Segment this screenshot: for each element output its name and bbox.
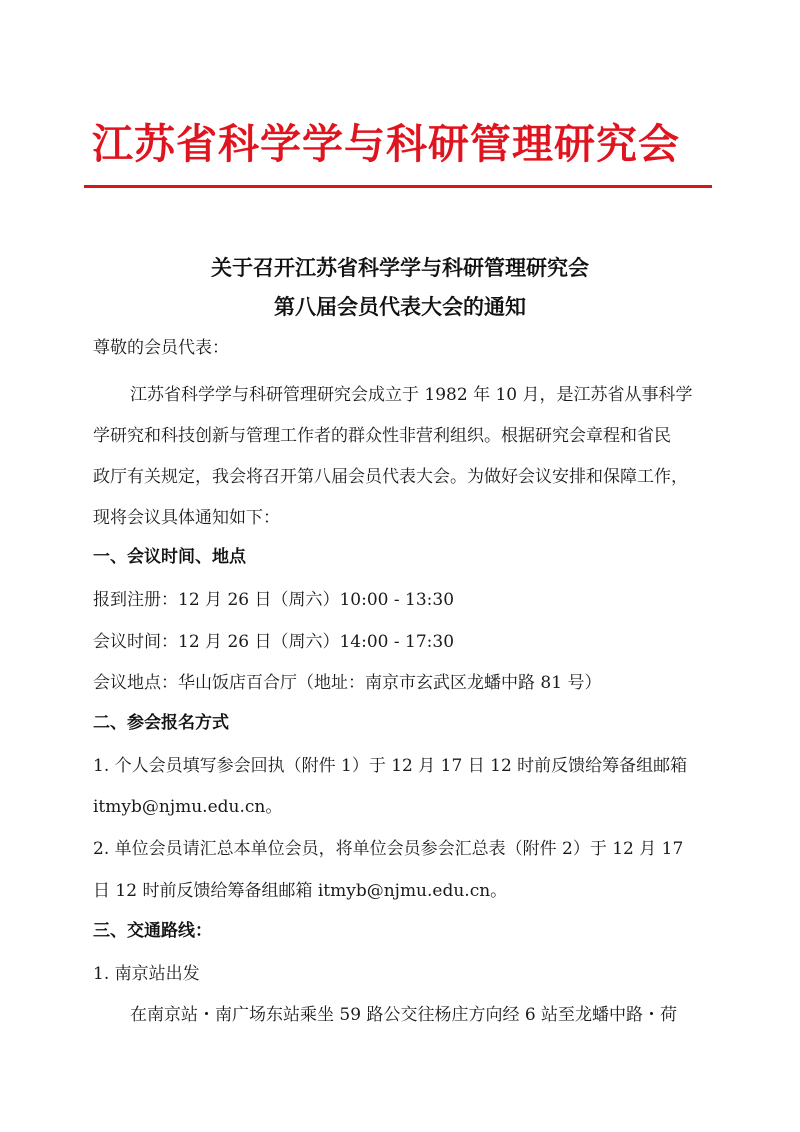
section-heading-registration: 二、参会报名方式 [93,708,229,733]
notice-title-line-2: 第八届会员代表大会的通知 [0,291,800,321]
transport-item-1-title: 1. 南京站出发 [93,959,200,984]
section-heading-time-location: 一、会议时间、地点 [93,542,246,567]
section-heading-transport: 三、交通路线： [93,916,212,941]
registration-email-1[interactable]: itmyb@njmu.edu.cn。 [93,792,282,817]
intro-line-1: 江苏省科学学与科研管理研究会成立于 1982 年 10 月，是江苏省从事科学 [130,380,693,405]
registration-item-2: 2. 单位会员请汇总本单位会员，将单位会员参会汇总表（附件 2）于 12 月 1… [93,834,683,859]
intro-line-2: 学研究和科技创新与管理工作者的群众性非营利组织。根据研究会章程和省民 [93,421,671,446]
salutation: 尊敬的会员代表： [93,333,229,358]
registration-item-2-cont: 日 12 时前反馈给筹备组邮箱 itmyb@njmu.edu.cn。 [93,876,507,901]
registration-item-1: 1. 个人会员填写参会回执（附件 1）于 12 月 17 日 12 时前反馈给筹… [93,751,687,776]
letterhead-red-rule [84,185,712,188]
meeting-time: 会议时间：12 月 26 日（周六）14:00 - 17:30 [93,627,454,652]
intro-line-4: 现将会议具体通知如下： [93,503,280,528]
letterhead-title: 江苏省科学学与科研管理研究会 [92,118,712,170]
intro-line-3: 政厅有关规定，我会将召开第八届会员代表大会。为做好会议安排和保障工作， [93,462,688,487]
meeting-location: 会议地点：华山饭店百合厅（地址：南京市玄武区龙蟠中路 81 号） [93,668,601,693]
transport-item-1-detail: 在南京站・南广场东站乘坐 59 路公交往杨庄方向经 6 站至龙蟠中路・荷 [130,1000,677,1025]
notice-title-line-1: 关于召开江苏省科学学与科研管理研究会 [0,252,800,282]
registration-time: 报到注册：12 月 26 日（周六）10:00 - 13:30 [93,585,454,610]
